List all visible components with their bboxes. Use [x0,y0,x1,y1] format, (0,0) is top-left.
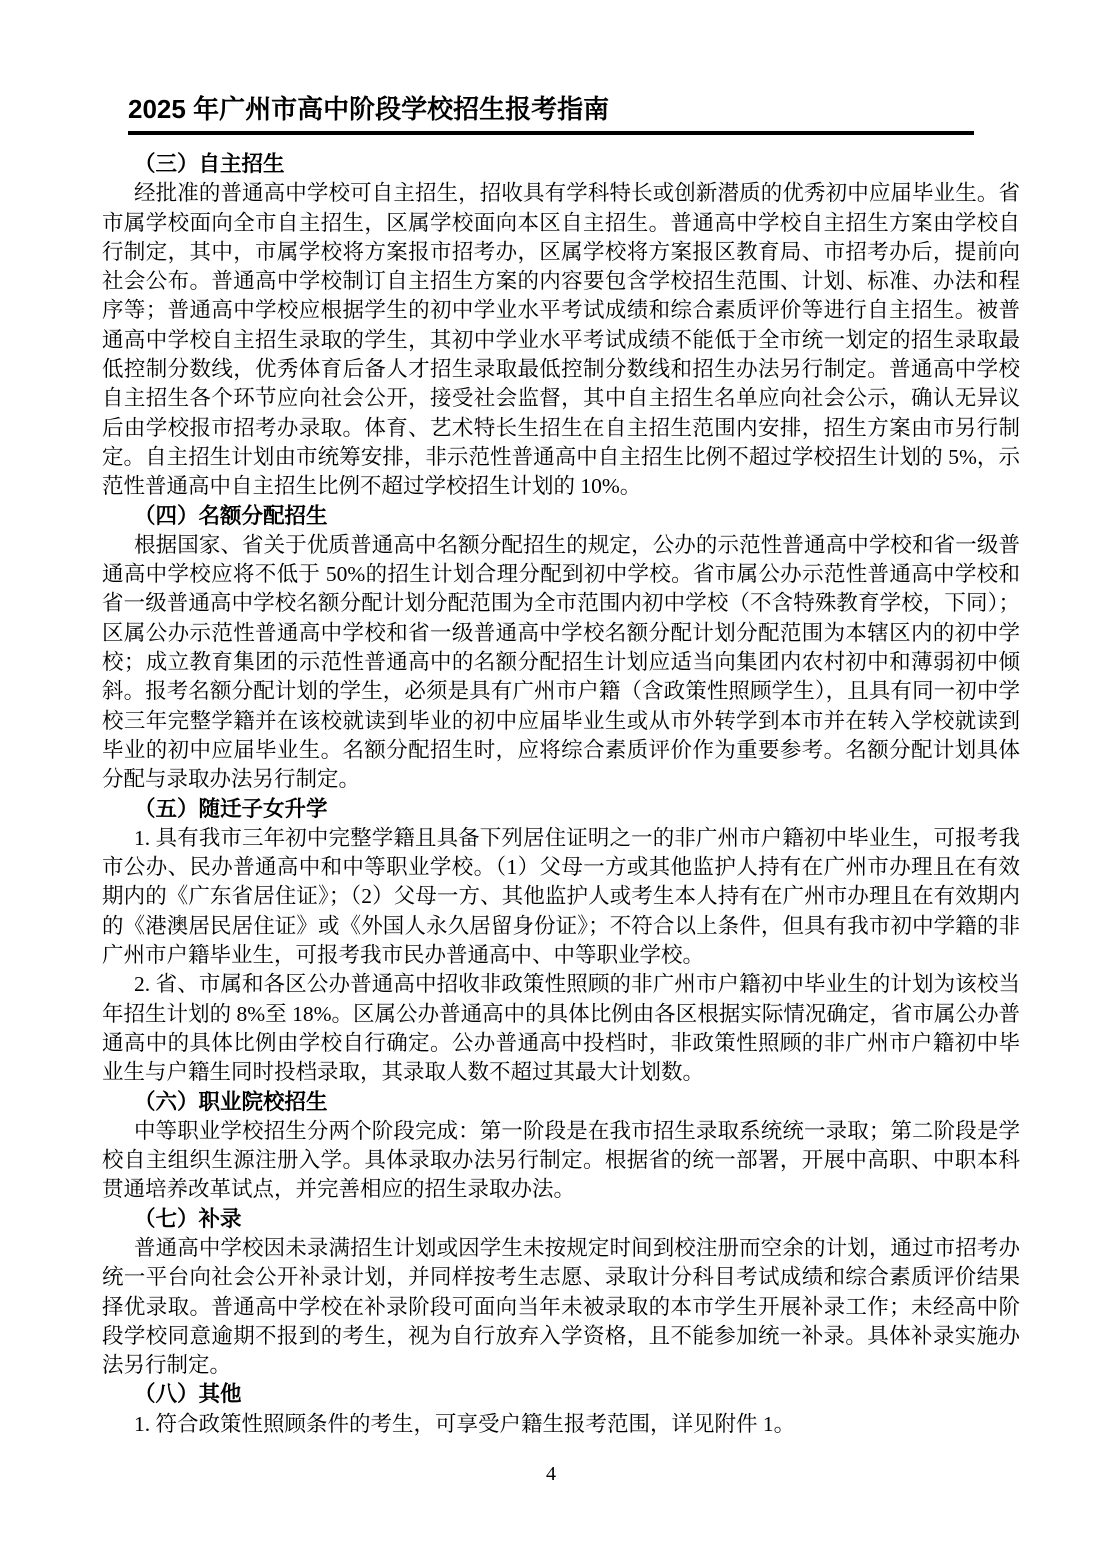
paragraph: 中等职业学校招生分两个阶段完成：第一阶段是在我市招生录取系统统一录取；第二阶段是… [102,1117,1020,1205]
section-heading: （五）随迁子女升学 [102,795,1020,824]
section-self-enrollment: （三）自主招生 经批准的普通高中学校可自主招生，招收具有学科特长或创新潜质的优秀… [102,150,1020,502]
page-number: 4 [546,1463,556,1485]
paragraph: 1. 具有我市三年初中完整学籍且具备下列居住证明之一的非广州市户籍初中毕业生，可… [102,824,1020,970]
document-body: （三）自主招生 经批准的普通高中学校可自主招生，招收具有学科特长或创新潜质的优秀… [102,150,1020,1439]
paragraph: 普通高中学校因未录满招生计划或因学生未按规定时间到校注册而空余的计划，通过市招考… [102,1234,1020,1380]
paragraph: 根据国家、省关于优质普通高中名额分配招生的规定，公办的示范性普通高中学校和省一级… [102,531,1020,795]
section-supplementary-admission: （七）补录 普通高中学校因未录满招生计划或因学生未按规定时间到校注册而空余的计划… [102,1205,1020,1381]
page-title: 2025 年广州市高中阶段学校招生报考指南 [128,0,974,135]
paragraph: 1. 符合政策性照顾条件的考生，可享受户籍生报考范围，详见附件 1。 [102,1410,1020,1439]
section-quota-allocation: （四）名额分配招生 根据国家、省关于优质普通高中名额分配招生的规定，公办的示范性… [102,502,1020,795]
section-heading: （四）名额分配招生 [102,502,1020,531]
section-vocational-schools: （六）职业院校招生 中等职业学校招生分两个阶段完成：第一阶段是在我市招生录取系统… [102,1088,1020,1205]
section-migrant-children: （五）随迁子女升学 1. 具有我市三年初中完整学籍且具备下列居住证明之一的非广州… [102,795,1020,1088]
section-heading: （三）自主招生 [102,150,1020,179]
page-header: 2025 年广州市高中阶段学校招生报考指南 [128,0,974,135]
section-heading: （六）职业院校招生 [102,1088,1020,1117]
paragraph: 经批准的普通高中学校可自主招生，招收具有学科特长或创新潜质的优秀初中应届毕业生。… [102,179,1020,501]
page-footer: 4 [0,1462,1102,1486]
section-heading: （八）其他 [102,1380,1020,1409]
section-heading: （七）补录 [102,1205,1020,1234]
paragraph: 2. 省、市属和各区公办普通高中招收非政策性照顾的非广州市户籍初中毕业生的计划为… [102,970,1020,1087]
section-others: （八）其他 1. 符合政策性照顾条件的考生，可享受户籍生报考范围，详见附件 1。 [102,1380,1020,1439]
document-page: 2025 年广州市高中阶段学校招生报考指南 （三）自主招生 经批准的普通高中学校… [0,0,1102,1559]
